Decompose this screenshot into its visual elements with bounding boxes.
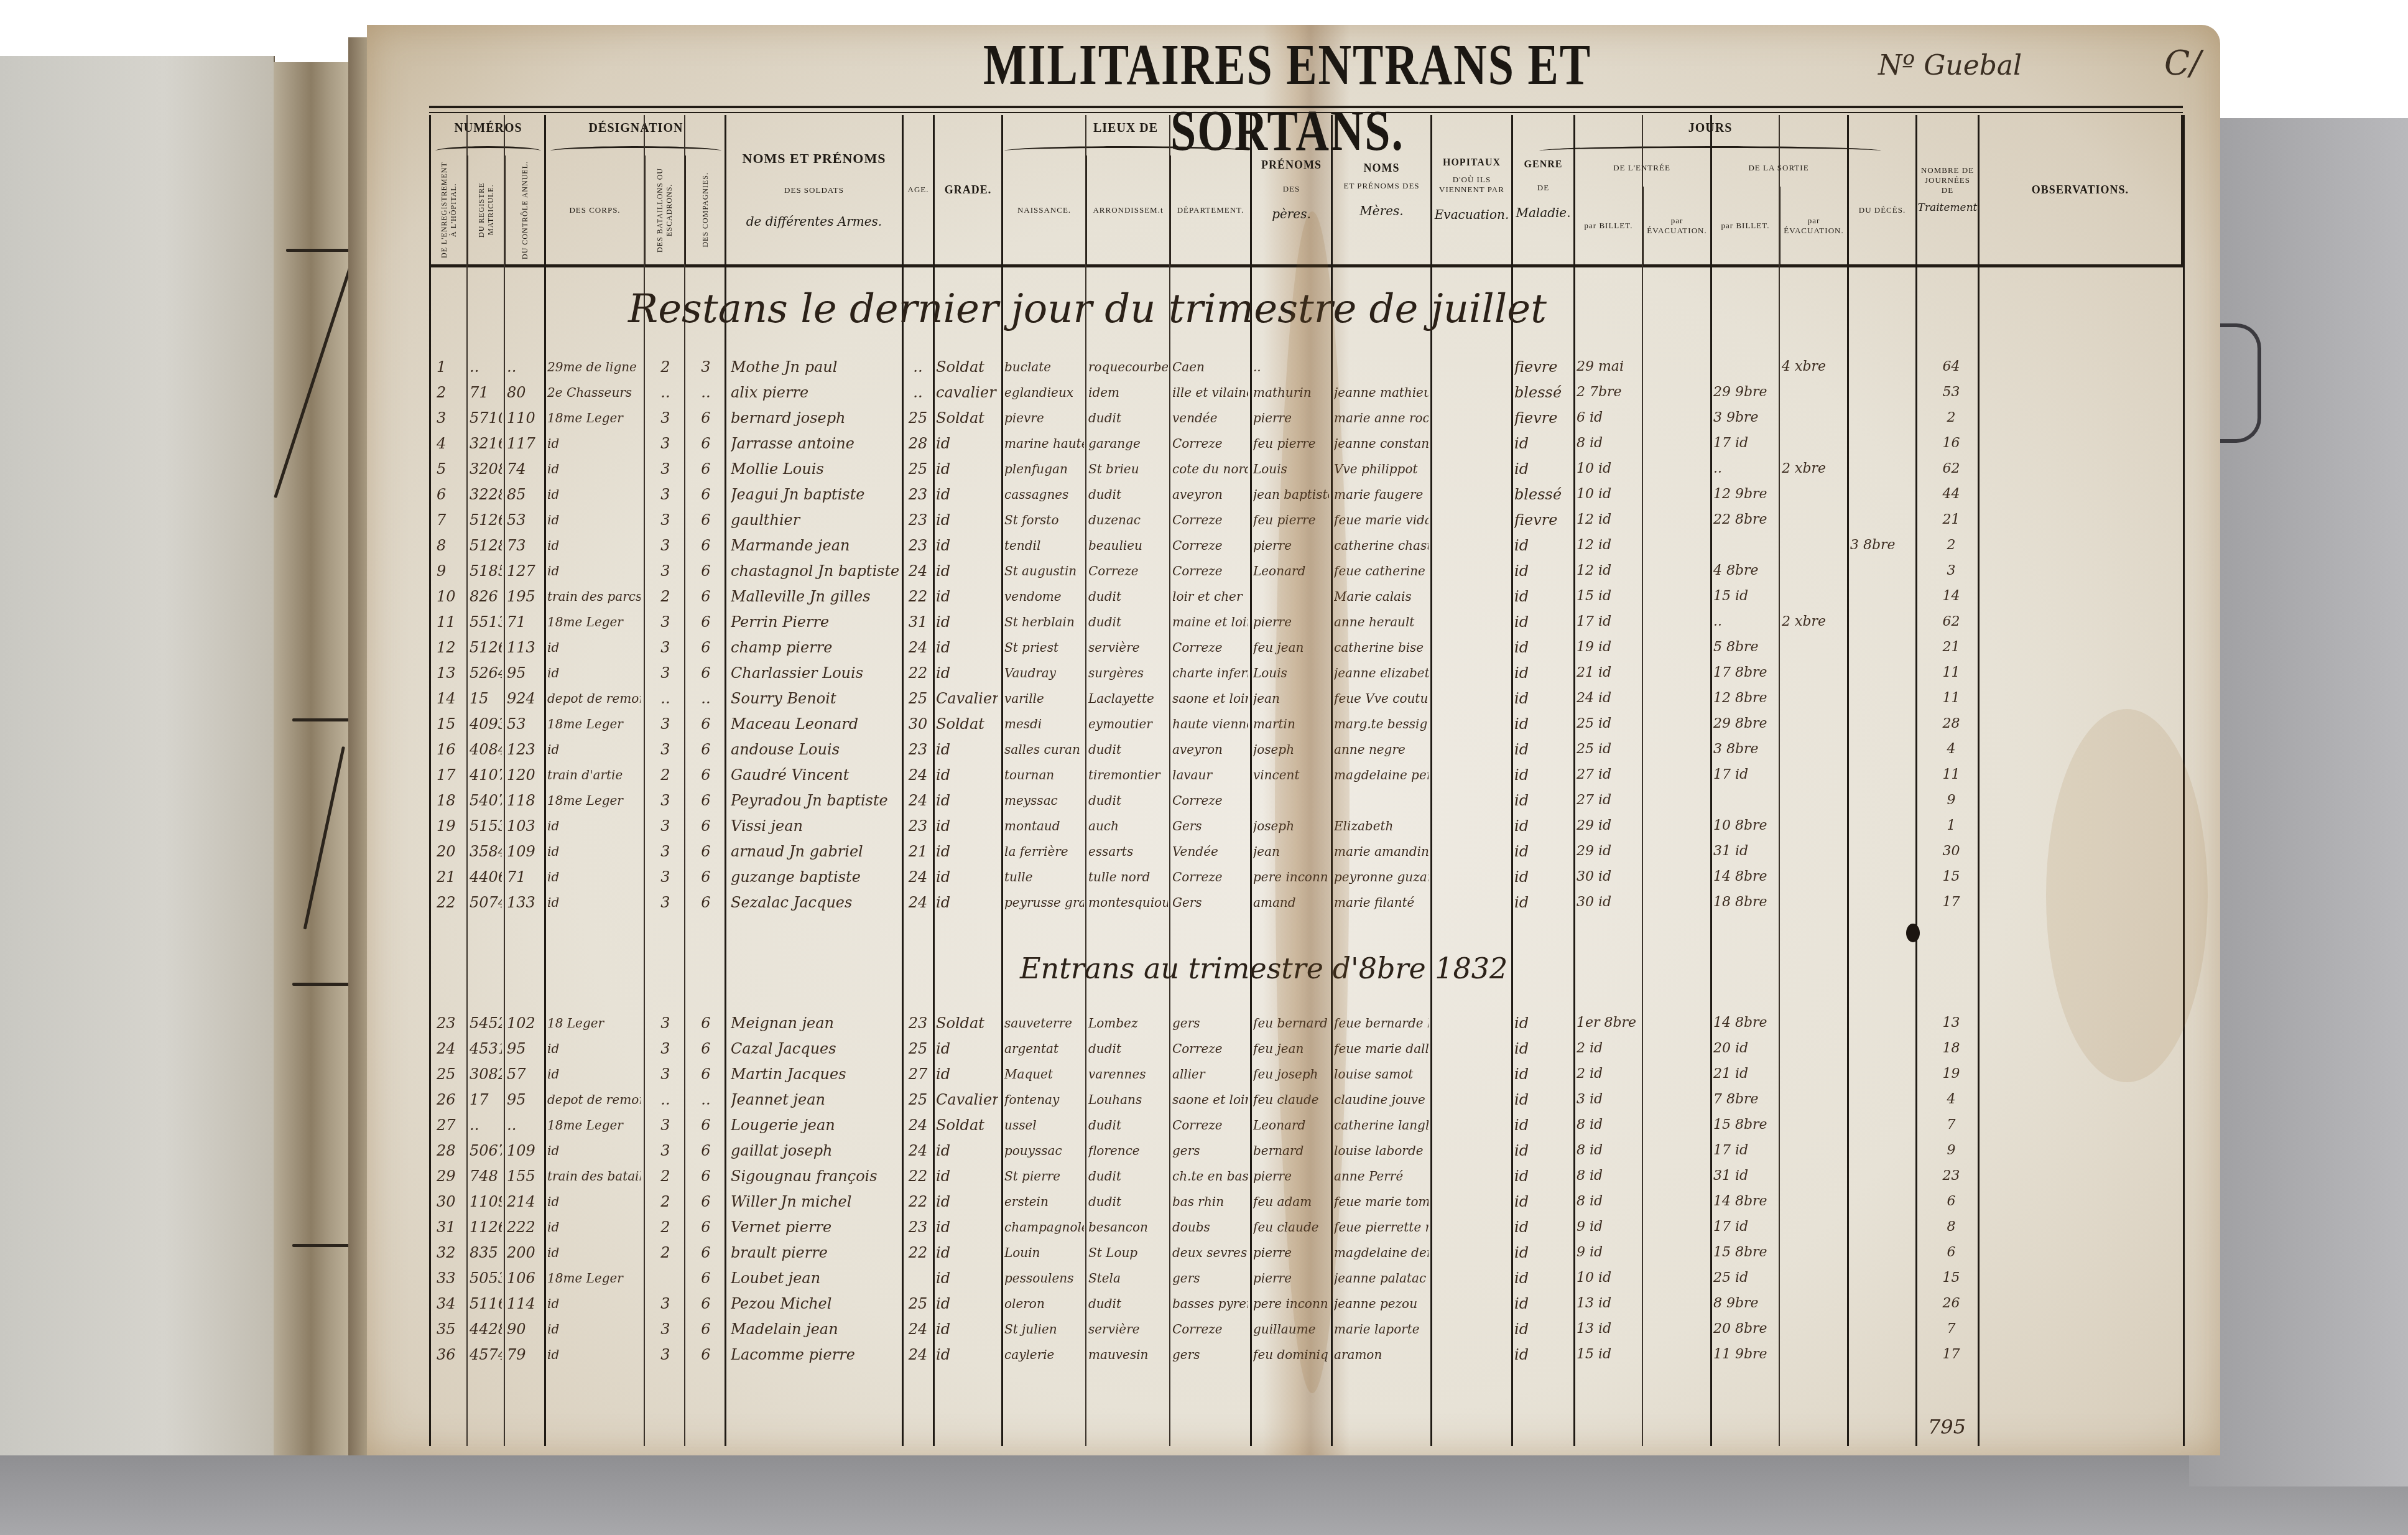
cell-controle: 110 xyxy=(507,406,543,430)
cell-genre: id xyxy=(1514,890,1572,915)
cell-pere: vincent xyxy=(1253,763,1329,787)
cell-bat: 3 xyxy=(650,1342,681,1367)
table-row: 1540935318me Leger36Maceau Leonard30Sold… xyxy=(367,712,2121,736)
cell-matricule: 3208 xyxy=(470,457,502,481)
cell-bat: 3 xyxy=(650,865,681,889)
cell-pere: jean xyxy=(1253,839,1329,864)
cell-matricule: 3082 xyxy=(470,1062,502,1087)
cell-sortie-evac: 2 xbre xyxy=(1782,457,1845,481)
cell-arrond: Laclayette xyxy=(1088,686,1168,711)
cell-genre: id xyxy=(1514,1062,1572,1087)
cell-mere: feue catherine Veille xyxy=(1334,559,1429,583)
cell-corps: 29me de ligne xyxy=(547,355,641,379)
cell-arrond: dudit xyxy=(1088,737,1168,762)
cell-mere: catherine langle xyxy=(1334,1113,1429,1138)
cell-genre: id xyxy=(1514,533,1572,558)
cell-no: 26 xyxy=(437,1087,461,1112)
cell-entree: 29 id xyxy=(1577,814,1640,838)
cell-arrond: St Loup xyxy=(1088,1240,1168,1265)
cell-sortie-billet: 18 8bre xyxy=(1713,890,1777,915)
cell-no: 28 xyxy=(437,1138,461,1163)
cell-pere: pere inconnu xyxy=(1253,1291,1329,1316)
cell-arrond: essarts xyxy=(1088,839,1168,864)
cell-entree: 9 id xyxy=(1577,1215,1640,1240)
cell-arrond: idem xyxy=(1088,380,1168,405)
cell-journees: 21 xyxy=(1928,508,1975,532)
cell-mere: feue marie dallet xyxy=(1334,1036,1429,1061)
cell-nom: Jeannet jean xyxy=(731,1087,899,1112)
cell-bat: 3 xyxy=(650,1011,681,1036)
cell-matricule: 3584 xyxy=(470,839,502,864)
cell-genre: id xyxy=(1514,1215,1572,1240)
cell-controle: 109 xyxy=(507,839,543,864)
cell-sortie-billet: 15 8bre xyxy=(1713,1240,1777,1265)
cell-journees: 30 xyxy=(1928,839,1975,864)
cell-mere: feue pierrette raquet xyxy=(1334,1215,1429,1240)
cell-sortie-billet xyxy=(1713,355,1777,379)
cell-journees: 11 xyxy=(1928,763,1975,787)
cell-arrond: dudit xyxy=(1088,1291,1168,1316)
cell-corps: id xyxy=(547,508,641,532)
cell-dept: doubs xyxy=(1172,1215,1248,1240)
cell-deces xyxy=(1850,1342,1914,1367)
cell-controle: 103 xyxy=(507,814,543,838)
cell-cie: 6 xyxy=(690,788,721,813)
cell-naissance: la ferrière xyxy=(1004,839,1084,864)
cell-no: 33 xyxy=(437,1266,461,1291)
cell-mere: magdelaine pernaud xyxy=(1334,763,1429,787)
cell-naissance: mesdi xyxy=(1004,712,1084,736)
header-corps: DES CORPS. xyxy=(544,155,644,264)
cell-matricule: 3216 xyxy=(470,431,502,456)
cell-bat: 3 xyxy=(650,1138,681,1163)
cell-no: 30 xyxy=(437,1189,461,1214)
cell-dept: charte inferieure xyxy=(1172,661,1248,685)
cell-dept: gers xyxy=(1172,1342,1248,1367)
cell-deces xyxy=(1850,1164,1914,1189)
cell-pere: jean baptiste xyxy=(1253,482,1329,507)
cell-genre: id xyxy=(1514,1342,1572,1367)
cell-no: 31 xyxy=(437,1215,461,1240)
cell-journees: 17 xyxy=(1928,1342,1975,1367)
cell-deces xyxy=(1850,380,1914,405)
cell-cie: 6 xyxy=(690,865,721,889)
cell-grade: id xyxy=(936,1240,998,1265)
cell-controle: 195 xyxy=(507,584,543,609)
cell-naissance: caylerie xyxy=(1004,1342,1084,1367)
cell-age: 22 xyxy=(905,661,931,685)
cell-naissance: ussel xyxy=(1004,1113,1084,1138)
cell-naissance: St forsto xyxy=(1004,508,1084,532)
cell-arrond: dudit xyxy=(1088,482,1168,507)
cell-sortie-billet: 3 8bre xyxy=(1713,737,1777,762)
cell-genre: id xyxy=(1514,737,1572,762)
cell-age: 24 xyxy=(905,559,931,583)
ink-blot xyxy=(1906,924,1920,942)
cell-corps: id xyxy=(547,1342,641,1367)
cell-naissance: salles curan xyxy=(1004,737,1084,762)
cell-pere: feu pierre xyxy=(1253,431,1329,456)
cell-age: 23 xyxy=(905,508,931,532)
cell-dept: Correze xyxy=(1172,1113,1248,1138)
cell-sortie-evac xyxy=(1782,431,1845,456)
cell-journees: 64 xyxy=(1928,355,1975,379)
cell-arrond: varennes xyxy=(1088,1062,1168,1087)
cell-sortie-billet: 22 8bre xyxy=(1713,508,1777,532)
cell-entree: 17 id xyxy=(1577,610,1640,634)
cell-entree: 8 id xyxy=(1577,1164,1640,1189)
cell-sortie-billet: 17 id xyxy=(1713,763,1777,787)
cell-no: 27 xyxy=(437,1113,461,1138)
cell-sortie-billet: 31 id xyxy=(1713,839,1777,864)
cell-cie: 6 xyxy=(690,839,721,864)
table-row: 8512873id36Marmande jean23idtendilbeauli… xyxy=(367,533,2121,558)
header-sortie-billet: par BILLET. xyxy=(1710,187,1779,264)
cell-entree: 10 id xyxy=(1577,1266,1640,1291)
cell-pere: feu dominique xyxy=(1253,1342,1329,1367)
cell-pere: joseph xyxy=(1253,737,1329,762)
cell-nom: Loubet jean xyxy=(731,1266,899,1291)
cell-controle: 214 xyxy=(507,1189,543,1214)
table-row: 35442890id36Madelain jean24idSt juliense… xyxy=(367,1317,2121,1342)
cell-cie: 6 xyxy=(690,661,721,685)
cell-controle: 120 xyxy=(507,763,543,787)
cell-deces xyxy=(1850,1215,1914,1240)
cell-arrond: Correze xyxy=(1088,559,1168,583)
cell-deces xyxy=(1850,661,1914,685)
cell-bat: 2 xyxy=(650,1189,681,1214)
cell-mere: anne Perré xyxy=(1334,1164,1429,1189)
cell-dept: saone et loire xyxy=(1172,686,1248,711)
cell-age: 25 xyxy=(905,1291,931,1316)
cell-sortie-evac xyxy=(1782,788,1845,813)
cell-controle: 80 xyxy=(507,380,543,405)
cell-pere xyxy=(1253,584,1329,609)
cell-journees: 62 xyxy=(1928,457,1975,481)
cell-no: 2 xyxy=(437,380,461,405)
cell-nom: Lacomme pierre xyxy=(731,1342,899,1367)
cell-cie: .. xyxy=(690,380,721,405)
cell-deces: 3 8bre xyxy=(1850,533,1914,558)
cell-genre: id xyxy=(1514,839,1572,864)
cell-sortie-billet: 21 id xyxy=(1713,1062,1777,1087)
cell-journees: 2 xyxy=(1928,533,1975,558)
cell-grade: id xyxy=(936,1138,998,1163)
cell-cie: 6 xyxy=(690,712,721,736)
cell-age: 23 xyxy=(905,814,931,838)
cell-pere: guillaume xyxy=(1253,1317,1329,1342)
cell-grade: Soldat xyxy=(936,1011,998,1036)
cell-deces xyxy=(1850,355,1914,379)
cell-age: 22 xyxy=(905,584,931,609)
table-row: 6322885id36Jeagui Jn baptiste23idcassagn… xyxy=(367,482,2121,507)
cell-grade: id xyxy=(936,1266,998,1291)
cell-corps: id xyxy=(547,890,641,915)
cell-grade: id xyxy=(936,584,998,609)
cell-no: 34 xyxy=(437,1291,461,1316)
cell-genre: id xyxy=(1514,1164,1572,1189)
cell-entree: 10 id xyxy=(1577,482,1640,507)
cell-matricule: 4093 xyxy=(470,712,502,736)
cell-grade: id xyxy=(936,1215,998,1240)
cell-genre: id xyxy=(1514,686,1572,711)
cell-sortie-evac xyxy=(1782,1266,1845,1291)
cell-cie: 6 xyxy=(690,508,721,532)
cell-no: 12 xyxy=(437,635,461,660)
cell-corps: id xyxy=(547,635,641,660)
cell-genre: id xyxy=(1514,1087,1572,1112)
cell-arrond: tulle nord xyxy=(1088,865,1168,889)
cell-deces xyxy=(1850,1266,1914,1291)
cell-matricule: 15 xyxy=(470,686,502,711)
cell-mere: marie laporte xyxy=(1334,1317,1429,1342)
header-hopitaux: HOPITAUX D'OÙ ILS VIENNENT PAR Evacuatio… xyxy=(1430,115,1511,264)
cell-nom: brault pierre xyxy=(731,1240,899,1265)
column-rule xyxy=(2183,115,2185,1446)
cell-arrond: dudit xyxy=(1088,1113,1168,1138)
cell-grade: id xyxy=(936,482,998,507)
cell-sortie-evac xyxy=(1782,737,1845,762)
cell-no: 32 xyxy=(437,1240,461,1265)
cell-deces xyxy=(1850,686,1914,711)
cell-mere: feue marie vidal xyxy=(1334,508,1429,532)
cell-journees: 19 xyxy=(1928,1062,1975,1087)
cell-pere: pierre xyxy=(1253,406,1329,430)
binding-thread xyxy=(303,746,345,929)
cell-mere: louise laborde xyxy=(1334,1138,1429,1163)
cell-controle: 85 xyxy=(507,482,543,507)
cell-entree: 10 id xyxy=(1577,457,1640,481)
cell-corps: depot de remonte xyxy=(547,686,641,711)
cell-dept: vendée xyxy=(1172,406,1248,430)
cell-no: 11 xyxy=(437,610,461,634)
cell-dept: Correze xyxy=(1172,635,1248,660)
cell-cie: 6 xyxy=(690,1215,721,1240)
cell-grade: Cavalier xyxy=(936,1087,998,1112)
cell-naissance: sauveterre xyxy=(1004,1011,1084,1036)
cell-arrond: servière xyxy=(1088,1317,1168,1342)
cell-arrond: duzenac xyxy=(1088,508,1168,532)
header-peres: PRÉNOMS DES pères. xyxy=(1250,115,1331,264)
cell-deces xyxy=(1850,1291,1914,1316)
cell-dept: Correze xyxy=(1172,533,1248,558)
cell-arrond: dudit xyxy=(1088,1036,1168,1061)
cell-cie: 6 xyxy=(690,559,721,583)
cell-arrond: roquecourbe xyxy=(1088,355,1168,379)
cell-dept: ch.te en basse xyxy=(1172,1164,1248,1189)
cell-matricule: 5153 xyxy=(470,814,502,838)
cell-arrond: St brieu xyxy=(1088,457,1168,481)
cell-pere: feu pierre xyxy=(1253,508,1329,532)
cell-nom: Pezou Michel xyxy=(731,1291,899,1316)
cell-naissance: erstein xyxy=(1004,1189,1084,1214)
cell-dept: Correze xyxy=(1172,559,1248,583)
cell-corps: 18me Leger xyxy=(547,406,641,430)
cell-bat: 3 xyxy=(650,431,681,456)
cell-dept: ille et vilaine xyxy=(1172,380,1248,405)
cell-nom: champ pierre xyxy=(731,635,899,660)
cell-sortie-billet: 14 8bre xyxy=(1713,865,1777,889)
cell-sortie-billet: 11 9bre xyxy=(1713,1342,1777,1367)
header-entree-billet: par BILLET. xyxy=(1573,187,1642,264)
cell-cie: 6 xyxy=(690,1189,721,1214)
cell-journees: 62 xyxy=(1928,610,1975,634)
cell-cie: 6 xyxy=(690,431,721,456)
cell-mere xyxy=(1334,788,1429,813)
cell-bat: 3 xyxy=(650,482,681,507)
cell-journees: 44 xyxy=(1928,482,1975,507)
cell-age: 22 xyxy=(905,1240,931,1265)
cell-pere: pierre xyxy=(1253,1266,1329,1291)
cell-nom: Maceau Leonard xyxy=(731,712,899,736)
cell-mere: jeanne mathieu xyxy=(1334,380,1429,405)
cell-nom: chastagnol Jn baptiste xyxy=(731,559,899,583)
cell-controle: 71 xyxy=(507,865,543,889)
cell-dept: Correze xyxy=(1172,788,1248,813)
cell-naissance: pouyssac xyxy=(1004,1138,1084,1163)
cell-entree: 8 id xyxy=(1577,1138,1640,1163)
cell-deces xyxy=(1850,1036,1914,1061)
cell-deces xyxy=(1850,584,1914,609)
cell-grade: id xyxy=(936,1189,998,1214)
cell-sortie-evac xyxy=(1782,1342,1845,1367)
cell-deces xyxy=(1850,788,1914,813)
cell-genre: id xyxy=(1514,763,1572,787)
cell-dept: allier xyxy=(1172,1062,1248,1087)
cell-bat: 3 xyxy=(650,1036,681,1061)
cell-cie: 6 xyxy=(690,1062,721,1087)
cell-corps: 2e Chasseurs xyxy=(547,380,641,405)
cell-age: 22 xyxy=(905,1164,931,1189)
table-row: 21440671id36guzange baptiste24idtulletul… xyxy=(367,865,2121,889)
cell-genre: id xyxy=(1514,431,1572,456)
cell-grade: id xyxy=(936,890,998,915)
header-no-controle: DU CONTRÔLE ANNUEL. xyxy=(504,155,544,264)
cell-no: 16 xyxy=(437,737,461,762)
cell-genre: fievre xyxy=(1514,406,1572,430)
cell-deces xyxy=(1850,1062,1914,1087)
cell-deces xyxy=(1850,431,1914,456)
cell-grade: id xyxy=(936,508,998,532)
cell-entree: 25 id xyxy=(1577,737,1640,762)
cell-pere: mathurin xyxy=(1253,380,1329,405)
cell-matricule: 5185 xyxy=(470,559,502,583)
cell-bat: 2 xyxy=(650,1215,681,1240)
cell-deces xyxy=(1850,635,1914,660)
cell-matricule: 5126 xyxy=(470,508,502,532)
cell-dept: Correze xyxy=(1172,1317,1248,1342)
cell-journees: 17 xyxy=(1928,890,1975,915)
cell-arrond: Stela xyxy=(1088,1266,1168,1291)
header-no-enregistrement: DE L'ENREGISTREMENT À L'HÔPITAL. xyxy=(429,155,466,264)
cell-genre: id xyxy=(1514,1011,1572,1036)
cell-sortie-evac xyxy=(1782,1189,1845,1214)
cell-cie: 6 xyxy=(690,584,721,609)
cell-nom: Martin Jacques xyxy=(731,1062,899,1087)
cell-corps: id xyxy=(547,482,641,507)
cell-sortie-billet: 5 8bre xyxy=(1713,635,1777,660)
cell-nom: Peyradou Jn baptiste xyxy=(731,788,899,813)
cell-entree: 24 id xyxy=(1577,686,1640,711)
cell-sortie-billet: .. xyxy=(1713,610,1777,634)
cell-corps: id xyxy=(547,1240,641,1265)
cell-grade: id xyxy=(936,788,998,813)
cell-matricule: 5407 xyxy=(470,788,502,813)
cell-naissance: cassagnes xyxy=(1004,482,1084,507)
cell-arrond: servière xyxy=(1088,635,1168,660)
cell-controle: 74 xyxy=(507,457,543,481)
cell-naissance: St augustin xyxy=(1004,559,1084,583)
cell-corps: id xyxy=(547,1189,641,1214)
cell-dept: Caen xyxy=(1172,355,1248,379)
cell-nom: arnaud Jn gabriel xyxy=(731,839,899,864)
table-row: 1155137118me Leger36Perrin Pierre31idSt … xyxy=(367,610,2121,634)
cell-age: 31 xyxy=(905,610,931,634)
cell-sortie-billet xyxy=(1713,788,1777,813)
cell-grade: id xyxy=(936,457,998,481)
cell-grade: Soldat xyxy=(936,355,998,379)
cell-dept: Correze xyxy=(1172,865,1248,889)
cell-entree: 19 id xyxy=(1577,635,1640,660)
cell-no: 36 xyxy=(437,1342,461,1367)
cell-mere: anne herault xyxy=(1334,610,1429,634)
cell-sortie-billet: 17 id xyxy=(1713,1215,1777,1240)
cell-journees: 28 xyxy=(1928,712,1975,736)
cell-entree: 8 id xyxy=(1577,1113,1640,1138)
cell-controle: 133 xyxy=(507,890,543,915)
cell-sortie-billet: 15 8bre xyxy=(1713,1113,1777,1138)
cell-arrond: florence xyxy=(1088,1138,1168,1163)
cell-deces xyxy=(1850,737,1914,762)
cell-entree: 21 id xyxy=(1577,661,1640,685)
cell-mere: catherine chastang xyxy=(1334,533,1429,558)
cell-dept: basses pyrenées xyxy=(1172,1291,1248,1316)
handwritten-signature: Nº Guebal xyxy=(1878,50,2022,81)
cell-pere: Leonard xyxy=(1253,559,1329,583)
cell-sortie-evac xyxy=(1782,584,1845,609)
table-row: 1415924depot de remonte....Sourry Benoit… xyxy=(367,686,2121,711)
cell-genre: blessé xyxy=(1514,482,1572,507)
cell-no: 22 xyxy=(437,890,461,915)
cell-arrond: dudit xyxy=(1088,788,1168,813)
cell-cie: 6 xyxy=(690,763,721,787)
cell-entree: 1er 8bre xyxy=(1577,1011,1640,1036)
cell-pere: jean xyxy=(1253,686,1329,711)
cell-genre: id xyxy=(1514,635,1572,660)
cell-genre: id xyxy=(1514,584,1572,609)
cell-genre: id xyxy=(1514,1291,1572,1316)
cell-age: 24 xyxy=(905,865,931,889)
cell-dept: maine et loire xyxy=(1172,610,1248,634)
cell-naissance: St pierre xyxy=(1004,1164,1084,1189)
cell-cie: 6 xyxy=(690,1291,721,1316)
cell-mere: marie anne rochereau xyxy=(1334,406,1429,430)
cell-controle: 95 xyxy=(507,1087,543,1112)
table-row: 23545210218 Leger36Meignan jean23Soldats… xyxy=(367,1011,2121,1036)
table-row: 18540711818me Leger36Peyradou Jn baptist… xyxy=(367,788,2121,813)
table-row: 5320874id36Mollie Louis25idplenfuganSt b… xyxy=(367,457,2121,481)
cell-bat: 3 xyxy=(650,661,681,685)
table-row: 33505310618me Leger6Loubet jeanidpessoul… xyxy=(367,1266,2121,1291)
cell-corps: id xyxy=(547,737,641,762)
cell-sortie-evac xyxy=(1782,763,1845,787)
cell-controle: 127 xyxy=(507,559,543,583)
cell-arrond: eymoutier xyxy=(1088,712,1168,736)
cell-deces xyxy=(1850,839,1914,864)
cell-mere: catherine bise xyxy=(1334,635,1429,660)
cell-bat: 3 xyxy=(650,635,681,660)
cell-entree: 29 id xyxy=(1577,839,1640,864)
